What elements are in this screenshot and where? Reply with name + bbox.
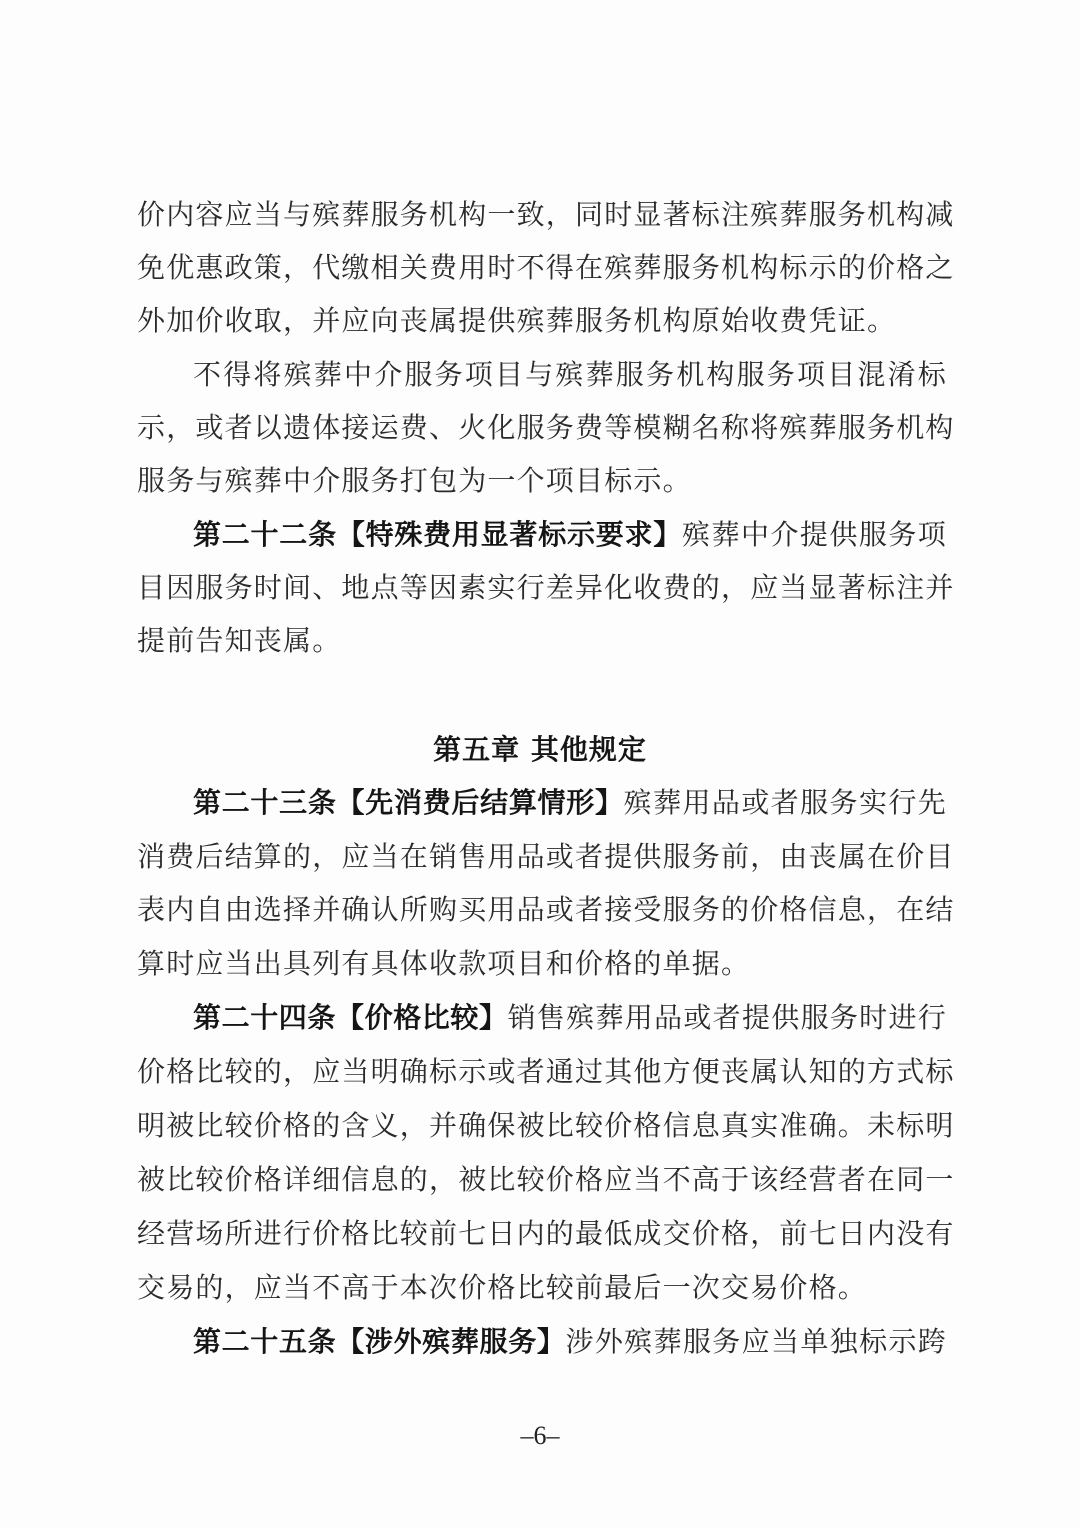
paragraph-line: 价格比较的，应当明确标示或者通过其他方便丧属认知的方式标 bbox=[137, 1052, 947, 1092]
chapter-title: 第五章 其他规定 bbox=[0, 730, 1080, 770]
paragraph-line: 交易的，应当不高于本次价格比较前最后一次交易价格。 bbox=[137, 1268, 947, 1308]
paragraph-line: 消费后结算的，应当在销售用品或者提供服务前，由丧属在价目 bbox=[137, 837, 947, 877]
paragraph-line: 明被比较价格的含义，并确保被比较价格信息真实准确。未标明 bbox=[137, 1106, 947, 1146]
article-text: 涉外殡葬服务应当单独标示跨 bbox=[566, 1325, 947, 1358]
article-heading: 第二十五条【涉外殡葬服务】 bbox=[193, 1325, 566, 1358]
document-page: 价内容应当与殡葬服务机构一致，同时显著标注殡葬服务机构减 免优惠政策，代缴相关费… bbox=[0, 0, 1080, 1528]
paragraph-line: 外加价收取，并应向丧属提供殡葬服务机构原始收费凭证。 bbox=[137, 301, 947, 341]
paragraph-line: 价内容应当与殡葬服务机构一致，同时显著标注殡葬服务机构减 bbox=[137, 195, 947, 235]
article-24-first-line: 第二十四条【价格比较】销售殡葬用品或者提供服务时进行 bbox=[193, 998, 947, 1038]
article-22-first-line: 第二十二条【特殊费用显著标示要求】殡葬中介提供服务项 bbox=[193, 515, 947, 555]
page-number: –6– bbox=[0, 1418, 1080, 1454]
paragraph-line: 表内自由选择并确认所购买用品或者接受服务的价格信息，在结 bbox=[137, 890, 947, 930]
article-23-first-line: 第二十三条【先消费后结算情形】殡葬用品或者服务实行先 bbox=[193, 783, 947, 823]
article-heading: 第二十三条【先消费后结算情形】 bbox=[193, 786, 624, 819]
paragraph-line: 服务与殡葬中介服务打包为一个项目标示。 bbox=[137, 461, 947, 501]
paragraph-line: 被比较价格详细信息的，被比较价格应当不高于该经营者在同一 bbox=[137, 1160, 947, 1200]
paragraph-line: 不得将殡葬中介服务项目与殡葬服务机构服务项目混淆标 bbox=[193, 355, 947, 395]
paragraph-line: 经营场所进行价格比较前七日内的最低成交价格，前七日内没有 bbox=[137, 1214, 947, 1254]
article-text: 销售殡葬用品或者提供服务时进行 bbox=[508, 1001, 947, 1034]
article-heading: 第二十四条【价格比较】 bbox=[193, 1001, 508, 1034]
paragraph-line: 算时应当出具列有具体收款项目和价格的单据。 bbox=[137, 944, 947, 984]
paragraph-line: 提前告知丧属。 bbox=[137, 621, 947, 661]
paragraph-line: 示，或者以遗体接运费、火化服务费等模糊名称将殡葬服务机构 bbox=[137, 408, 947, 448]
article-25-first-line: 第二十五条【涉外殡葬服务】涉外殡葬服务应当单独标示跨 bbox=[193, 1322, 947, 1362]
article-heading: 第二十二条【特殊费用显著标示要求】 bbox=[193, 518, 682, 551]
article-text: 殡葬中介提供服务项 bbox=[682, 518, 947, 551]
paragraph-line: 目因服务时间、地点等因素实行差异化收费的，应当显著标注并 bbox=[137, 568, 947, 608]
paragraph-line: 免优惠政策，代缴相关费用时不得在殡葬服务机构标示的价格之 bbox=[137, 248, 947, 288]
article-text: 殡葬用品或者服务实行先 bbox=[624, 786, 947, 819]
